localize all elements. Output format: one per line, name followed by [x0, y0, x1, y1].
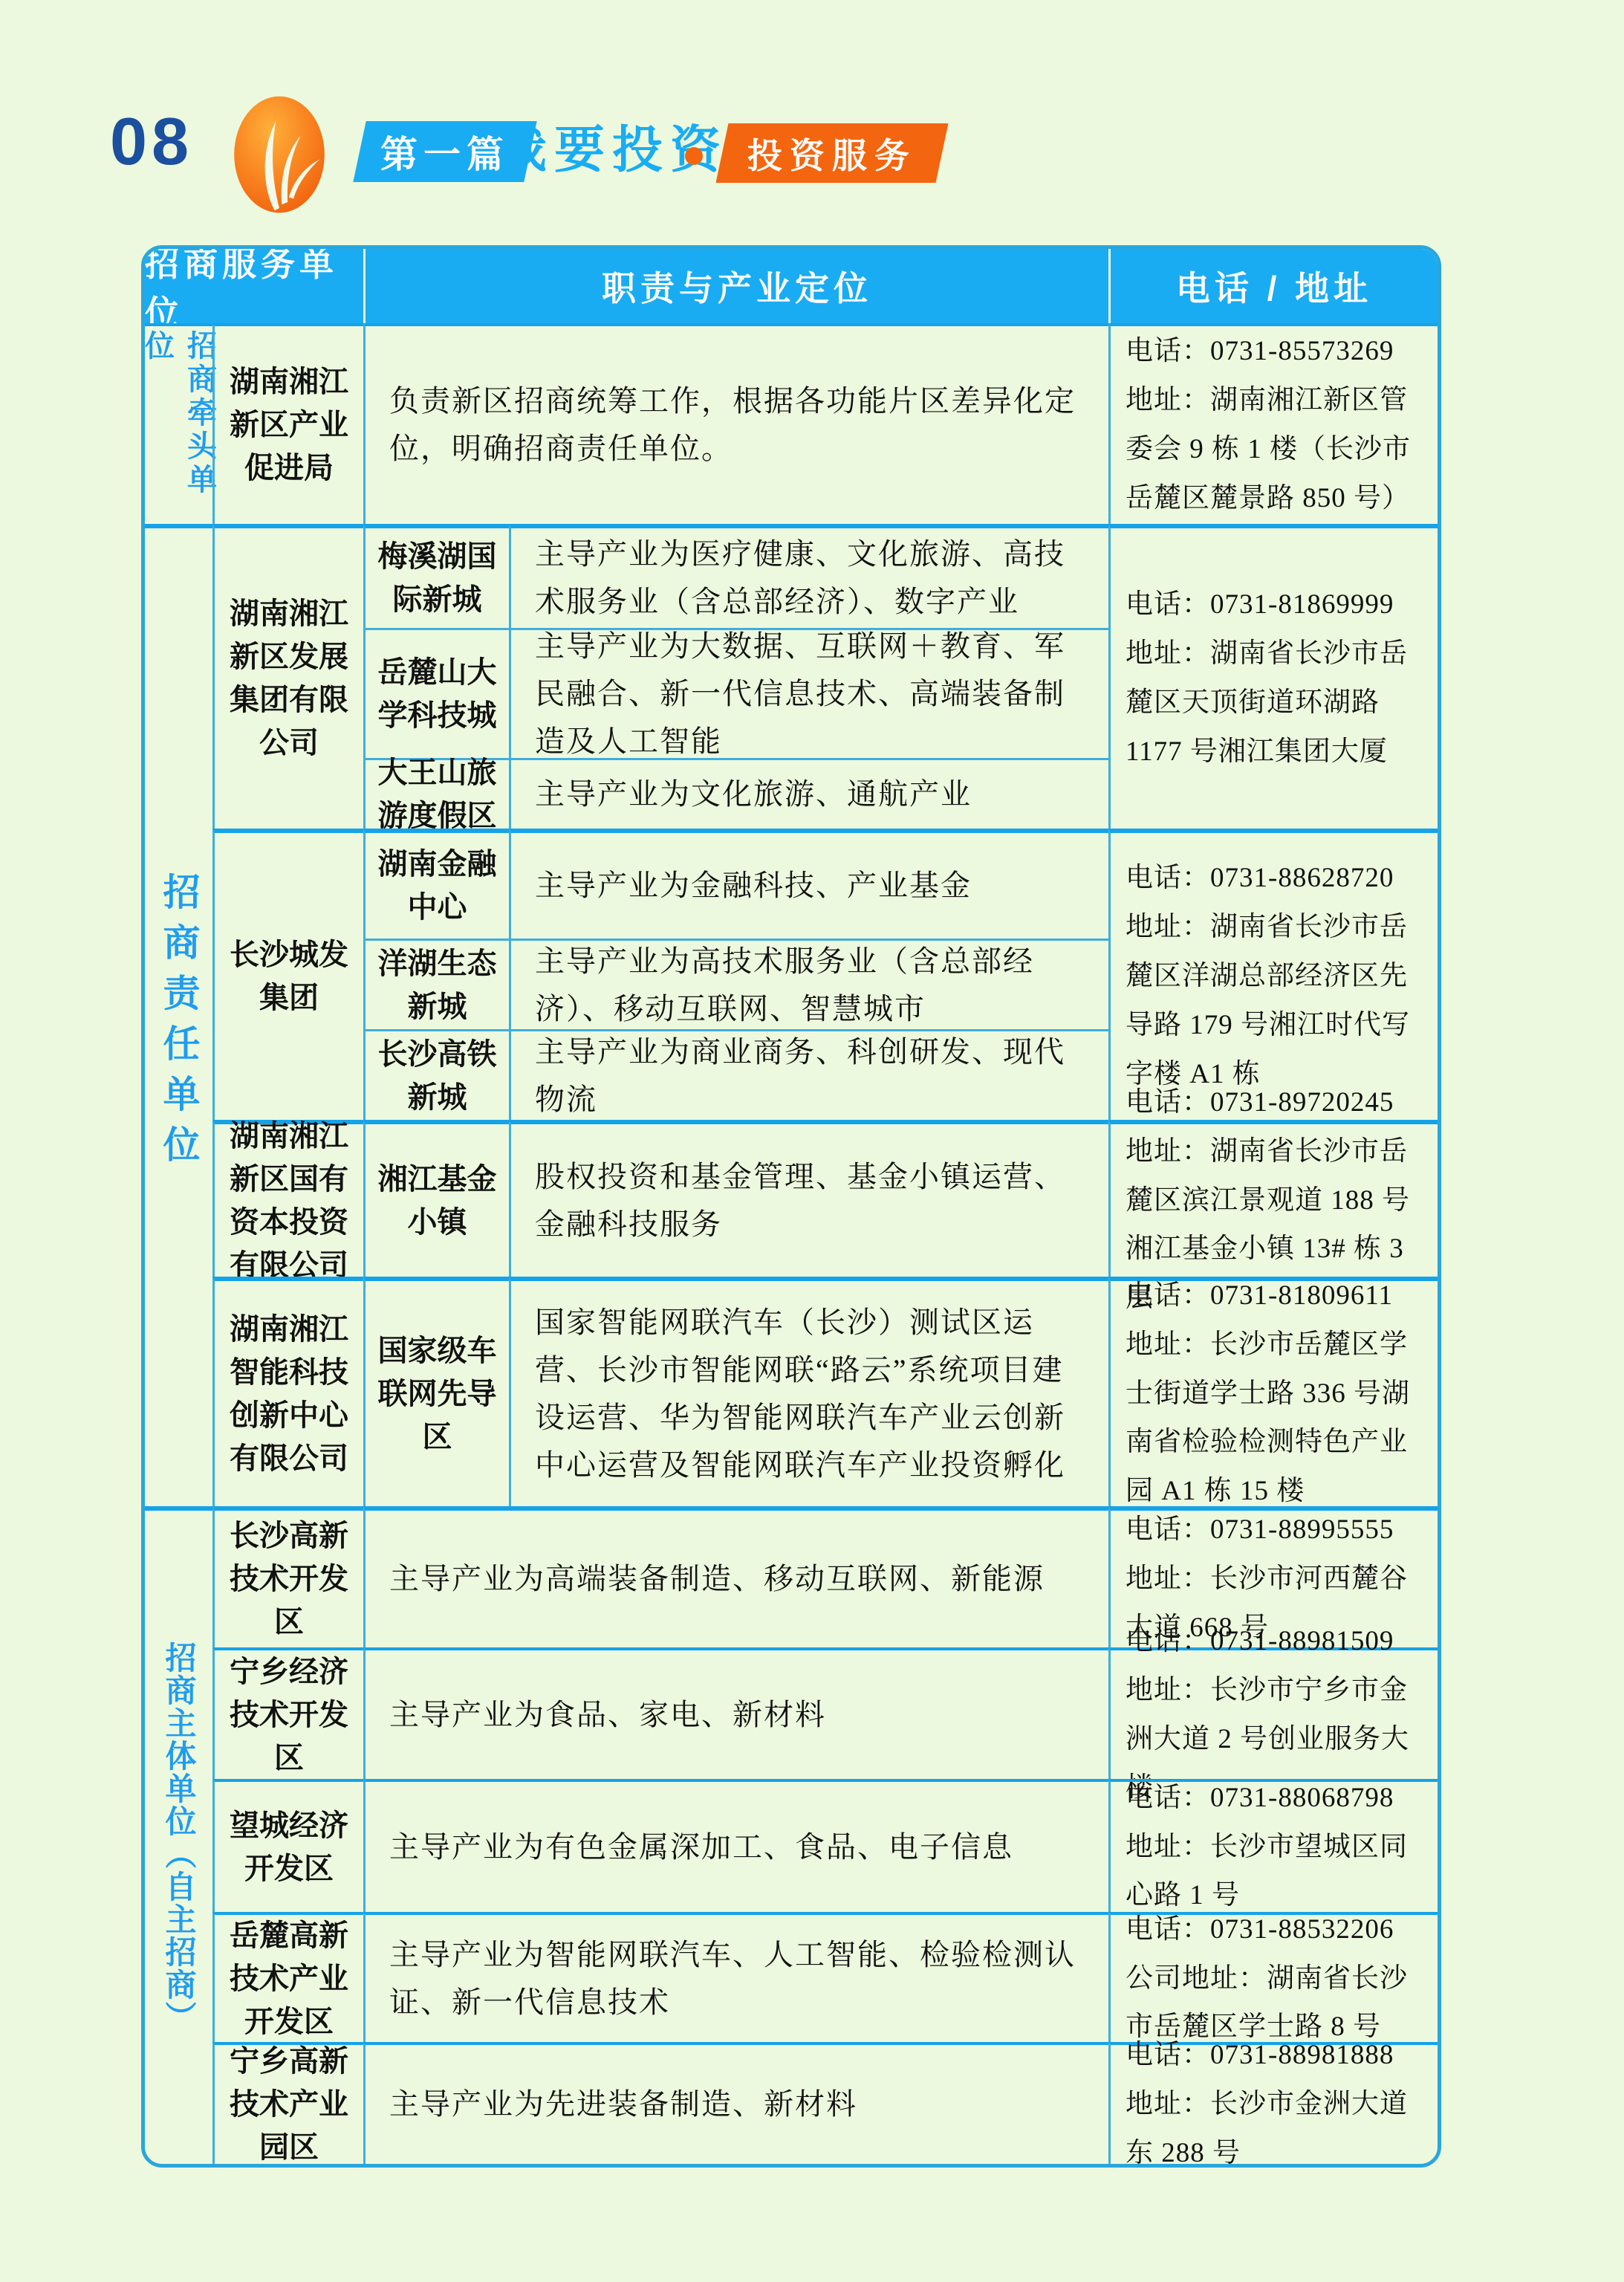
page-number: 08: [110, 104, 193, 181]
group-label-responsible-unit: 招商责任单位: [145, 524, 212, 1506]
duty-cell: 主导产业为金融科技、产业基金: [509, 829, 1108, 939]
contact-address: 地址：湖南省长沙市岳麓区天顶街道环湖路 1177 号湘江集团大厦: [1126, 629, 1423, 777]
company-cell: 宁乡高新技术产业园区: [212, 2042, 363, 2164]
area-cell: 岳麓山大学科技城: [363, 628, 509, 758]
duty-cell: 主导产业为文化旅游、通航产业: [509, 758, 1108, 829]
contact-phone: 电话：0731-88532206: [1126, 1905, 1423, 1954]
duty-cell: 主导产业为先进装备制造、新材料: [363, 2042, 1108, 2164]
company-cell: 望城经济开发区: [212, 1779, 363, 1912]
section-title: 我要投资: [496, 110, 728, 182]
duty-cell: 主导产业为大数据、互联网＋教育、军民融合、新一代信息技术、高端装备制造及人工智能: [509, 628, 1108, 758]
group-label-text: 招商主体单位（自主招商）: [157, 1641, 201, 2034]
contact-phone: 电话：0731-85573269: [1126, 327, 1423, 376]
service-badge-label: 投资服务: [747, 129, 917, 178]
group-label-text: 招商责任单位: [152, 872, 206, 1176]
group-label-text: 招商牵头单位: [141, 330, 221, 524]
column-header-unit: 招商服务单位: [145, 249, 363, 323]
area-cell: 大王山旅游度假区: [363, 758, 509, 829]
column-header-contact: 电话 / 地址: [1108, 249, 1438, 323]
contact-phone: 电话：0731-81869999: [1126, 580, 1423, 629]
contact-address: 地址：长沙市金洲大道东 288 号: [1126, 2080, 1423, 2168]
group-label-independent-unit: 招商主体单位（自主招商）: [145, 1506, 212, 2164]
contact-phone: 电话：0731-88628720: [1126, 854, 1423, 903]
contact-phone: 电话：0731-89720245: [1126, 1078, 1423, 1127]
contact-phone: 电话：0731-88981888: [1126, 2031, 1423, 2080]
contact-cell: 电话：0731-81809611 地址：长沙市岳麓区学士街道学士路 336 号湖…: [1108, 1277, 1438, 1506]
duty-cell: 国家智能网联汽车（长沙）测试区运营、长沙市智能网联“路云”系统项目建设运营、华为…: [509, 1277, 1108, 1506]
duty-cell: 主导产业为高技术服务业（含总部经济）、移动互联网、智慧城市: [509, 939, 1108, 1029]
contact-cell: 电话：0731-85573269 地址：湖南湘江新区管委会 9 栋 1 楼（长沙…: [1108, 323, 1438, 524]
duty-cell: 股权投资和基金管理、基金小镇运营、金融科技服务: [509, 1120, 1108, 1277]
investment-units-table: 招商服务单位 职责与产业定位 电话 / 地址 招商牵头单位 湖南湘江新区产业促进…: [141, 245, 1441, 2168]
duty-cell: 负责新区招商统筹工作，根据各功能片区差异化定位，明确招商责任单位。: [363, 323, 1108, 524]
contact-address: 地址：湖南省长沙市岳麓区洋湖总部经济区先导路 179 号湘江时代写字楼 A1 栋: [1126, 903, 1423, 1098]
contact-phone: 电话：0731-88981509: [1126, 1617, 1423, 1666]
contact-phone: 电话：0731-81809611: [1126, 1271, 1423, 1320]
company-cell: 湖南湘江新区发展集团有限公司: [212, 524, 363, 829]
contact-cell: 电话：0731-88981888 地址：长沙市金洲大道东 288 号: [1108, 2042, 1438, 2164]
service-badge: 投资服务: [715, 123, 948, 183]
page: { "page": { "number": "08", "section_bad…: [0, 0, 1624, 2282]
group-label-lead-unit: 招商牵头单位: [145, 323, 212, 524]
area-cell: 梅溪湖国际新城: [363, 524, 509, 628]
contact-cell: 电话：0731-89720245 地址：湖南省长沙市岳麓区滨江景观道 188 号…: [1108, 1120, 1438, 1277]
contact-phone: 电话：0731-88995555: [1126, 1505, 1423, 1555]
area-cell: 湖南金融中心: [363, 829, 509, 939]
area-cell: 湘江基金小镇: [363, 1120, 509, 1277]
duty-cell: 主导产业为医疗健康、文化旅游、高技术服务业（含总部经济）、数字产业: [509, 524, 1108, 628]
duty-cell: 主导产业为智能网联汽车、人工智能、检验检测认证、新一代信息技术: [363, 1912, 1108, 2042]
brand-logo-icon: [220, 94, 339, 215]
contact-address: 地址：湖南湘江新区管委会 9 栋 1 楼（长沙市岳麓区麓景路 850 号）: [1126, 376, 1423, 523]
area-cell: 长沙高铁新城: [363, 1029, 509, 1120]
duty-cell: 主导产业为有色金属深加工、食品、电子信息: [363, 1779, 1108, 1912]
duty-cell: 主导产业为商业商务、科创研发、现代物流: [509, 1029, 1108, 1120]
company-cell: 宁乡经济技术开发区: [212, 1647, 363, 1779]
company-cell: 湖南湘江新区国有资本投资有限公司: [212, 1120, 363, 1277]
chapter-badge-label: 第一篇: [380, 125, 510, 178]
separator-dot-icon: [685, 147, 703, 165]
company-cell: 长沙城发集团: [212, 829, 363, 1120]
company-cell: 长沙高新技术开发区: [212, 1506, 363, 1647]
contact-cell: 电话：0731-88981509 地址：长沙市宁乡市金洲大道 2 号创业服务大楼: [1108, 1647, 1438, 1779]
contact-address: 地址：长沙市岳麓区学士街道学士路 336 号湖南省检验检测特色产业园 A1 栋 …: [1126, 1320, 1423, 1516]
contact-phone: 电话：0731-88068798: [1126, 1774, 1423, 1823]
duty-cell: 主导产业为食品、家电、新材料: [363, 1647, 1108, 1779]
duty-cell: 主导产业为高端装备制造、移动互联网、新能源: [363, 1506, 1108, 1647]
contact-cell: 电话：0731-81869999 地址：湖南省长沙市岳麓区天顶街道环湖路 117…: [1108, 524, 1438, 829]
contact-cell: 电话：0731-88628720 地址：湖南省长沙市岳麓区洋湖总部经济区先导路 …: [1108, 829, 1438, 1120]
contact-cell: 电话：0731-88532206 公司地址：湖南省长沙市岳麓区学士路 8 号: [1108, 1912, 1438, 2042]
company-cell: 湖南湘江智能科技创新中心有限公司: [212, 1277, 363, 1506]
company-cell: 岳麓高新技术产业开发区: [212, 1912, 363, 2042]
contact-cell: 电话：0731-88068798 地址：长沙市望城区同心路 1 号: [1108, 1779, 1438, 1912]
column-header-duty: 职责与产业定位: [363, 249, 1108, 323]
area-cell: 洋湖生态新城: [363, 939, 509, 1029]
area-cell: 国家级车联网先导区: [363, 1277, 509, 1506]
company-cell: 湖南湘江新区产业促进局: [212, 323, 363, 524]
